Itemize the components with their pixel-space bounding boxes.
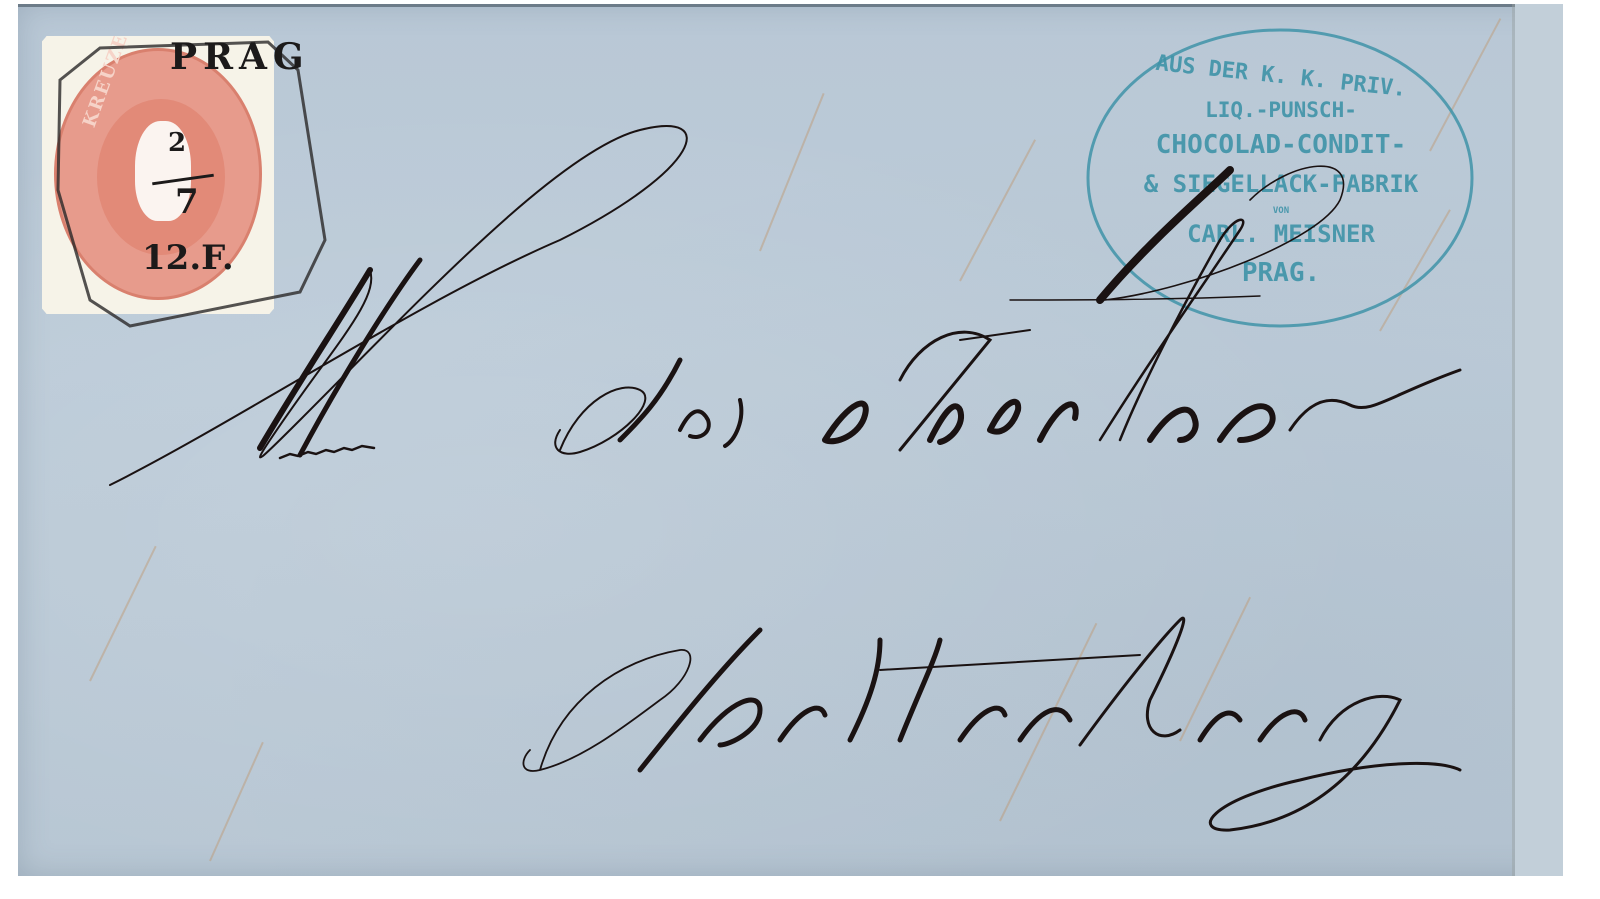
address-recipient: Jos. Fischer — [560, 390, 798, 436]
rate-mark: 1 — [1160, 220, 1185, 266]
handwriting — [0, 0, 1600, 899]
address-salutation: Herrn — [290, 440, 333, 456]
address-destination: Kuttenberg — [560, 680, 848, 738]
